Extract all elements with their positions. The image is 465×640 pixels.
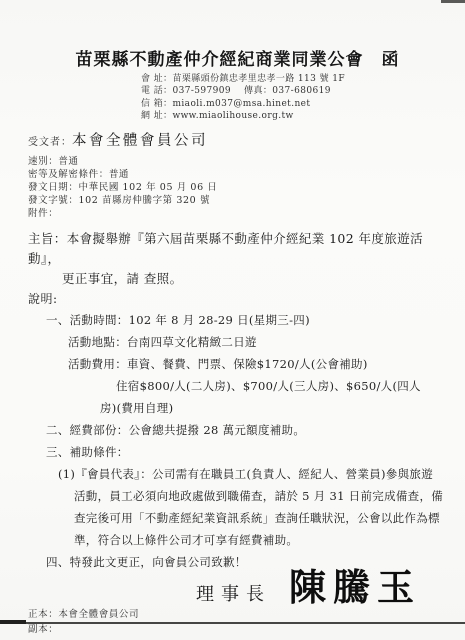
- meta-date: 發文日期：中華民國 102 年 05 月 06 日: [28, 181, 447, 194]
- explanation-line-member-rep-3: 查完後可用「不動產經紀業資訊系統」查詢任職狀況，公會以此作為標: [74, 507, 447, 529]
- contact-address-line: 會 址：苗栗縣頭份鎮忠孝里忠孝一路 113 號 1F: [141, 73, 447, 85]
- phone-label: 電 話：: [141, 86, 172, 96]
- scanned-letter-page: 苗栗縣不動產仲介經紀商業同業公會 函 會 址：苗栗縣頭份鎮忠孝里忠孝一路 113…: [0, 0, 465, 640]
- explanation-line-activity-time: 一、活動時間：102 年 8 月 28-29 日(星期三-四): [46, 309, 447, 331]
- recipient-value: 本會全體會員公司: [72, 133, 208, 149]
- scan-artifact-top-right: [441, 0, 465, 3]
- meta-attachment: 附件：: [28, 207, 447, 220]
- original-label: 正本：: [28, 609, 58, 620]
- duplicate-label: 副本：: [28, 624, 58, 635]
- scan-artifact-bottom-nub: [0, 620, 26, 624]
- subject-label: 主旨：: [28, 231, 67, 246]
- meta-speed-label: 速別：: [28, 156, 58, 167]
- subject-line-1: 主旨：本會擬舉辦『第六屆苗栗縣不動產仲介經紀業 102 年度旅遊活動』，: [28, 229, 447, 269]
- recipient-line: 受文者：本會全體會員公司: [28, 129, 447, 150]
- explanation-line-member-rep-4: 準，符合以上條件公司才可享有經費補助。: [74, 529, 447, 551]
- email-label: 信 箱：: [141, 99, 172, 109]
- explanation-heading: 說明:: [28, 289, 447, 309]
- meta-block: 速別：普通 密等及解密條件：普通 發文日期：中華民國 102 年 05 月 06…: [28, 155, 447, 220]
- contact-website-line: 網 址：www.miaolihouse.org.tw: [141, 110, 447, 122]
- original-value: 本會全體會員公司: [58, 609, 139, 620]
- contact-block: 會 址：苗栗縣頭份鎮忠孝里忠孝一路 113 號 1F 電 話：037-59790…: [141, 73, 447, 123]
- signer-title: 理事長: [196, 580, 271, 606]
- document-title: 苗栗縣不動產仲介經紀商業同業公會 函: [28, 45, 447, 70]
- email-value: miaoli.m037@msa.hinet.net: [172, 99, 310, 109]
- meta-speed-value: 普通: [58, 156, 78, 167]
- meta-security-label: 密等及解密條件：: [28, 169, 109, 180]
- explanation-line-lodging-wrap: 房)(費用自理): [100, 397, 447, 419]
- scan-artifact-bottom-line: [0, 622, 465, 624]
- subject-block: 主旨：本會擬舉辦『第六屆苗栗縣不動產仲介經紀業 102 年度旅遊活動』， 更正事…: [28, 229, 447, 289]
- meta-number-label: 發文字號：: [28, 195, 79, 206]
- meta-security: 密等及解密條件：普通: [28, 168, 447, 181]
- phone-value: 037-597909: [172, 86, 231, 96]
- contact-email-line: 信 箱：miaoli.m037@msa.hinet.net: [141, 98, 447, 110]
- subject-text: 本會擬舉辦『第六屆苗栗縣不動產仲介經紀業 102 年度旅遊活動』，: [28, 231, 423, 266]
- meta-number-value: 102 苗縣房仲騰字第 320 號: [79, 195, 211, 206]
- address-value: 苗栗縣頭份鎮忠孝里忠孝一路 113 號 1F: [172, 74, 345, 84]
- explanation-line-budget: 二、經費部份：公會總共提撥 28 萬元額度補助。: [46, 419, 447, 441]
- website-value: www.miaolihouse.org.tw: [172, 111, 293, 121]
- meta-attachment-label: 附件：: [28, 208, 58, 219]
- signer-name-signature: 陳騰玉: [289, 557, 421, 611]
- meta-speed: 速別：普通: [28, 155, 447, 168]
- explanation-line-member-rep-1: (1)『會員代表』：公司需有在職員工(負責人、經紀人、營業員)參與旅遊: [58, 463, 447, 485]
- explanation-line-location: 活動地點：台南四草文化精緻二日遊: [68, 331, 447, 353]
- fax-label: 傳真：: [244, 86, 272, 96]
- letter-content: 苗栗縣不動產仲介經紀商業同業公會 函 會 址：苗栗縣頭份鎮忠孝里忠孝一路 113…: [0, 0, 465, 637]
- address-label: 會 址：: [141, 74, 172, 84]
- duplicate-copy-line: 副本：: [28, 622, 447, 637]
- fax-value: 037-680619: [272, 86, 331, 96]
- explanation-line-conditions: 三、補助條件：: [46, 441, 447, 463]
- subject-line-2: 更正事宜，請 查照。: [62, 269, 447, 289]
- meta-security-value: 普通: [109, 169, 129, 180]
- contact-phone-fax-line: 電 話：037-597909傳真：037-680619: [141, 85, 447, 97]
- explanation-line-member-rep-2: 活動，員工必須向地政處做到職備查，請於 5 月 31 日前完成備查，備: [74, 485, 447, 507]
- website-label: 網 址：: [141, 111, 172, 121]
- meta-date-value: 中華民國 102 年 05 月 06 日: [79, 182, 218, 193]
- meta-date-label: 發文日期：: [28, 182, 79, 193]
- explanation-line-cost: 活動費用：車資、餐費、門票、保險$1720/人(公會補助): [68, 353, 447, 375]
- recipient-label: 受文者：: [28, 137, 72, 148]
- meta-number: 發文字號：102 苗縣房仲騰字第 320 號: [28, 194, 447, 207]
- explanation-line-lodging: 住宿$800/人(二人房)、$700/人(三人房)、$650/人(四人: [116, 375, 447, 397]
